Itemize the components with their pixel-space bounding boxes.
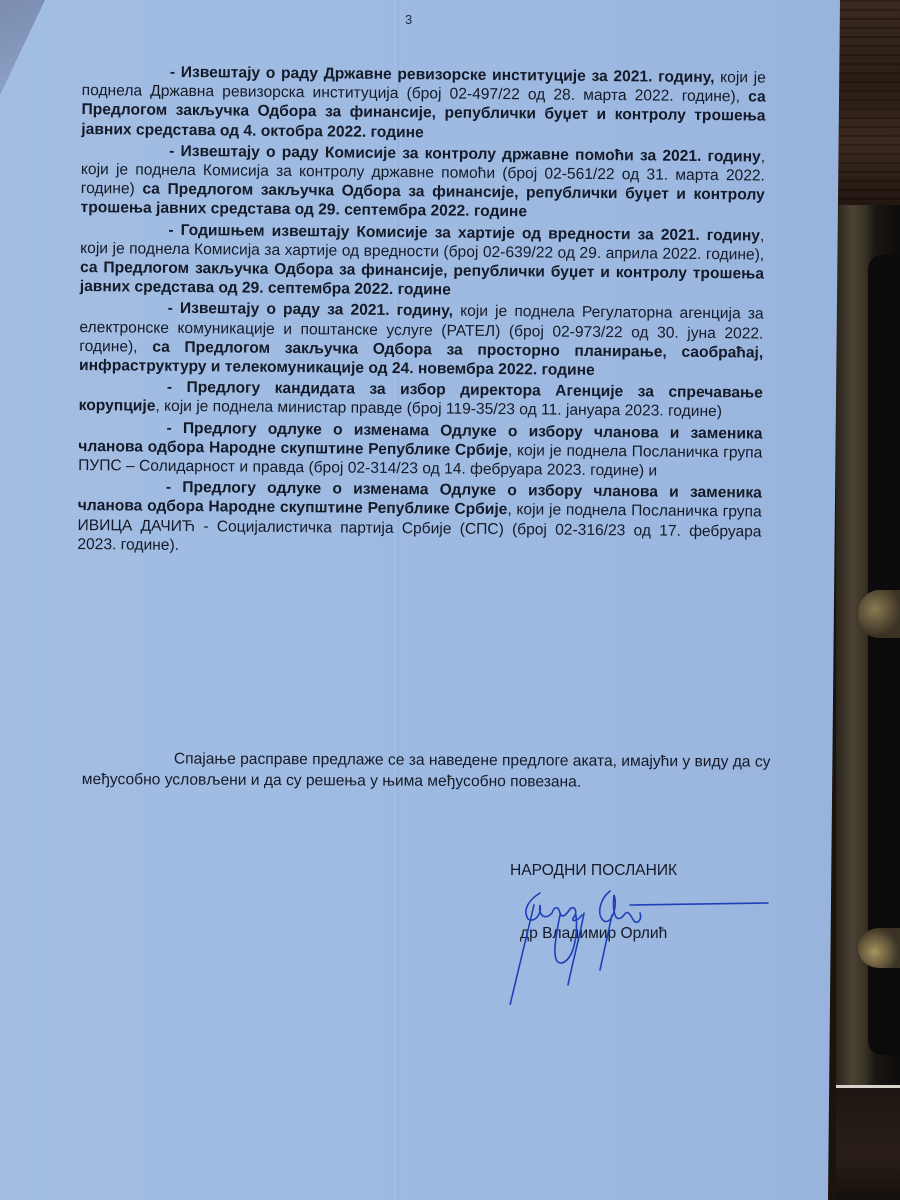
page-behind — [0, 0, 45, 95]
agenda-item: - Предлогу кандидата за избор директора … — [79, 377, 763, 422]
closing-text: Спајање расправе предлаже се за наведене… — [82, 750, 771, 790]
background-shelf — [836, 1085, 900, 1200]
agenda-item: - Извештају о раду Комисије за контролу … — [81, 141, 766, 224]
agenda-list: - Извештају о раду Државне ревизорске ин… — [77, 62, 766, 563]
item-bold-tail: са Предлогом закључка Одбора за финансиј… — [80, 259, 764, 299]
page-number: 3 — [405, 12, 412, 27]
agenda-item: - Извештају о раду за 2021. годину, који… — [79, 298, 764, 381]
signature-title: НАРОДНИ ПОСЛАНИК — [510, 862, 677, 880]
background-knob — [858, 590, 900, 638]
item-bold-lead: - Извештају о раду за 2021. годину, — [168, 300, 454, 320]
agenda-item: - Извештају о раду Државне ревизорске ин… — [81, 62, 766, 145]
item-bold-tail: са Предлогом закључка Одбора за финансиј… — [81, 181, 765, 221]
background-knob — [858, 928, 900, 968]
background-wood — [838, 0, 900, 205]
agenda-item: - Предлогу одлуке о изменама Одлуке о из… — [78, 418, 763, 482]
agenda-item: - Предлогу одлуке о изменама Одлуке о из… — [77, 477, 762, 560]
handwritten-signature-icon — [500, 885, 780, 1005]
closing-paragraph: Спајање расправе предлаже се за наведене… — [82, 748, 772, 794]
item-bold-tail: са Предлогом закључка Одбора за просторн… — [79, 339, 763, 379]
document-page: 3 - Извештају о раду Државне ревизорске … — [0, 0, 840, 1200]
agenda-item: - Годишњем извештају Комисије за хартије… — [80, 220, 765, 303]
item-text: , који је поднела министар правде (број … — [155, 398, 722, 420]
